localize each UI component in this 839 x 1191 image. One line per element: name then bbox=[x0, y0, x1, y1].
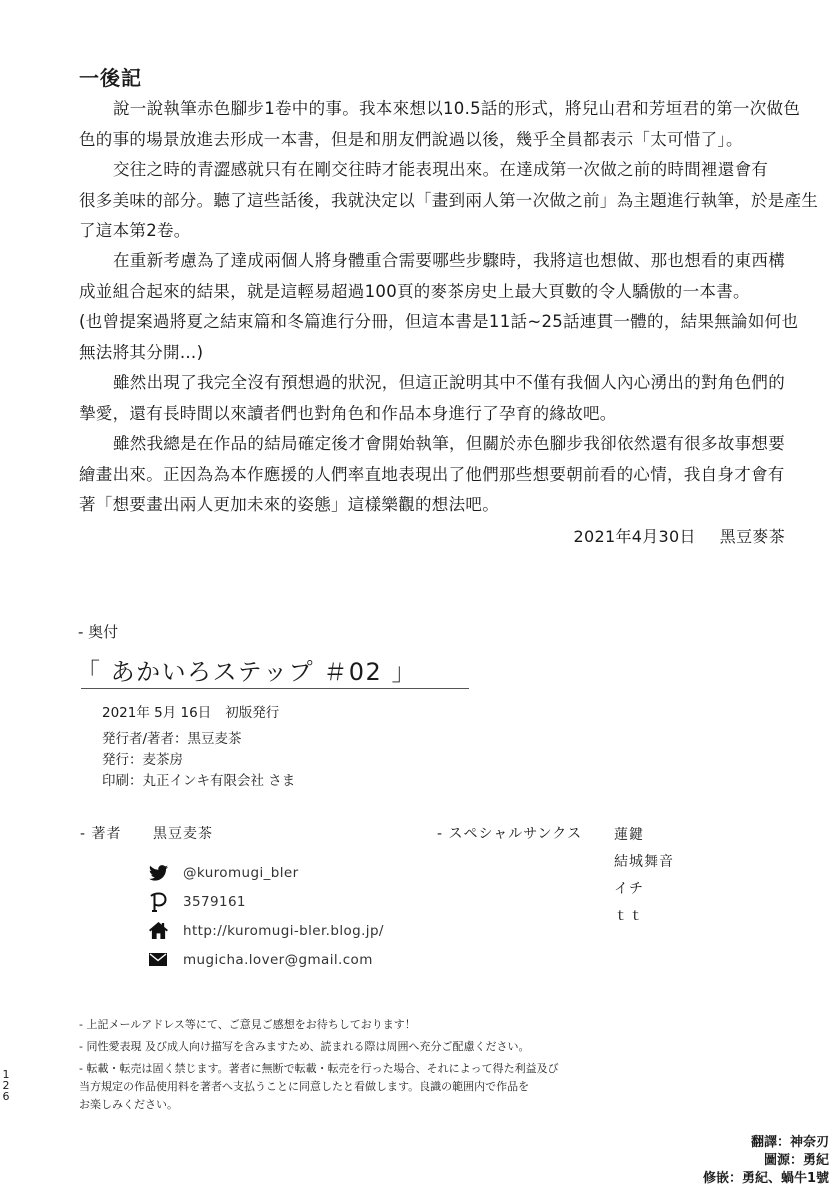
afterword-line: 摯愛，還有長時間以來讀者們也對角色和作品本身進行了孕育的緣故吧。 bbox=[79, 399, 789, 430]
book-title: 「 あかいろステップ ＃02 」 bbox=[76, 652, 417, 687]
thanks-item: イチ bbox=[614, 876, 674, 903]
pixiv-id: 3579161 bbox=[183, 894, 246, 910]
publish-date: 2021年 5月 16日 bbox=[102, 705, 211, 721]
afterword-line: (也曾提案過將夏之結束篇和冬篇進行分冊，但這本書是11話~25話連貫一體的，結果… bbox=[79, 307, 789, 338]
publication-info: 発行者/著者：黒豆麦茶 発行：麦茶房 印刷：丸正インキ有限会社 さま bbox=[102, 729, 295, 792]
afterword-line: 雖然出現了我完全沒有預想過的狀況，但這正說明其中不僅有我個人內心湧出的對角色們的 bbox=[79, 368, 789, 399]
contact-twitter[interactable]: @kuromugi_bler bbox=[148, 858, 384, 887]
credit-translator: 翻譯：神奈刃 bbox=[703, 1134, 829, 1152]
home-icon bbox=[148, 921, 168, 941]
afterword-line: 繪畫出來。正因為為本作應援的人們率直地表現出了他們那些想要朝前看的心情，我自身才… bbox=[79, 460, 789, 491]
thanks-item: 蓮鍵 bbox=[614, 822, 674, 849]
notes: - 上記メールアドレス等にて、ご意見ご感想をお待ちしております！ - 同性愛表現… bbox=[79, 1016, 559, 1114]
twitter-icon bbox=[148, 863, 168, 883]
page-number: 1 2 6 bbox=[1, 1069, 11, 1102]
afterword-paragraph: 雖然出現了我完全沒有預想過的狀況，但這正說明其中不僅有我個人內心湧出的對角色們的… bbox=[79, 368, 789, 429]
afterword-line: 在重新考慮為了達成兩個人將身體重合需要哪些步驟時，我將這也想做、那也想看的東西構 bbox=[79, 246, 789, 277]
contact-website[interactable]: http://kuromugi-bler.blog.jp/ bbox=[148, 916, 384, 945]
contact-email[interactable]: mugicha.lover@gmail.com bbox=[148, 945, 384, 974]
author-label: - 著者 bbox=[80, 823, 122, 843]
afterword-line: 著「想要畫出兩人更加未來的姿態」這樣樂觀的想法吧。 bbox=[79, 490, 789, 521]
afterword-line: 了這本第2卷。 bbox=[79, 216, 789, 247]
thanks-item: 結城舞音 bbox=[614, 849, 674, 876]
author-contacts: @kuromugi_bler 3579161 http://kuromugi-b… bbox=[148, 858, 384, 974]
afterword-paragraph: (也曾提案過將夏之結束篇和冬篇進行分冊，但這本書是11話~25話連貫一體的，結果… bbox=[79, 307, 789, 368]
publisher-author: 発行者/著者：黒豆麦茶 bbox=[102, 729, 295, 750]
afterword-date: 2021年4月30日 bbox=[574, 527, 696, 546]
website-url: http://kuromugi-bler.blog.jp/ bbox=[183, 923, 384, 939]
note-content-warning: - 同性愛表現 及び成人向け描写を含みますため、読まれる際は周囲へ充分ご配慮くだ… bbox=[79, 1038, 559, 1056]
note-feedback: - 上記メールアドレス等にて、ご意見ご感想をお待ちしております！ bbox=[79, 1016, 559, 1034]
mail-icon bbox=[148, 950, 168, 970]
note-reprint-line-2: 当方規定の作品使用料を著者へ支払うことに同意したと看做します。良識の範囲内で作品… bbox=[79, 1078, 559, 1096]
afterword-line: 成並組合起來的結果，就是這輕易超過100頁的麥茶房史上最大頁數的令人驕傲的一本書… bbox=[79, 277, 789, 308]
afterword-title: 一後記 bbox=[79, 62, 142, 91]
contact-pixiv[interactable]: 3579161 bbox=[148, 887, 384, 916]
printer: 印刷：丸正インキ有限会社 さま bbox=[102, 771, 295, 792]
note-reprint-line-1: - 転載・転売は固く禁じます。著者に無断で転載・転売を行った場合、それによって得… bbox=[79, 1060, 559, 1078]
translation-credits: 翻譯：神奈刃 圖源：勇紀 修嵌：勇紀、蝸牛1號 bbox=[703, 1134, 829, 1188]
pixiv-icon bbox=[148, 892, 168, 912]
afterword-line: 交往之時的青澀感就只有在剛交往時才能表現出來。在達成第一次做之前的時間裡還會有 bbox=[79, 155, 789, 186]
afterword-line: 無法將其分開…) bbox=[79, 338, 789, 369]
afterword-paragraph: 雖然我總是在作品的結局確定後才會開始執筆，但關於赤色腳步我卻依然還有很多故事想要… bbox=[79, 429, 789, 521]
special-thanks-list: 蓮鍵 結城舞音 イチ ｔｔ bbox=[614, 822, 674, 930]
afterword-paragraph: 交往之時的青澀感就只有在剛交往時才能表現出來。在達成第一次做之前的時間裡還會有很… bbox=[79, 155, 789, 247]
twitter-handle: @kuromugi_bler bbox=[183, 865, 299, 881]
afterword-signature: 2021年4月30日黑豆麥茶 bbox=[574, 524, 785, 547]
afterword-line: 色的事的場景放進去形成一本書，但是和朋友們說過以後，幾乎全員都表示「太可惜了」。 bbox=[79, 125, 789, 156]
afterword-line: 雖然我總是在作品的結局確定後才會開始執筆，但關於赤色腳步我卻依然還有很多故事想要 bbox=[79, 429, 789, 460]
afterword-paragraph: 說一說執筆赤色腳步1卷中的事。我本來想以10.5話的形式，將兒山君和芳垣君的第一… bbox=[79, 94, 789, 155]
afterword-author: 黑豆麥茶 bbox=[720, 527, 785, 546]
credit-editor: 修嵌：勇紀、蝸牛1號 bbox=[703, 1170, 829, 1188]
title-underline bbox=[81, 688, 469, 689]
edition: 初版発行 bbox=[225, 705, 279, 721]
afterword-line: 說一說執筆赤色腳步1卷中的事。我本來想以10.5話的形式，將兒山君和芳垣君的第一… bbox=[79, 94, 789, 125]
note-reprint-line-3: お楽しみください。 bbox=[79, 1096, 559, 1114]
afterword-paragraph: 在重新考慮為了達成兩個人將身體重合需要哪些步驟時，我將這也想做、那也想看的東西構… bbox=[79, 246, 789, 307]
publisher: 発行：麦茶房 bbox=[102, 750, 295, 771]
afterword-line: 很多美味的部分。聽了這些話後，我就決定以「畫到兩人第一次做之前」為主題進行執筆，… bbox=[79, 186, 789, 217]
email-address: mugicha.lover@gmail.com bbox=[183, 952, 373, 968]
publish-date-line: 2021年 5月 16日初版発行 bbox=[102, 701, 279, 721]
credit-source: 圖源：勇紀 bbox=[703, 1152, 829, 1170]
author-name: 黒豆麦茶 bbox=[153, 823, 213, 843]
special-thanks-label: - スペシャルサンクス bbox=[437, 823, 582, 843]
thanks-item: ｔｔ bbox=[614, 903, 674, 930]
colophon-label: - 奥付 bbox=[78, 621, 118, 642]
